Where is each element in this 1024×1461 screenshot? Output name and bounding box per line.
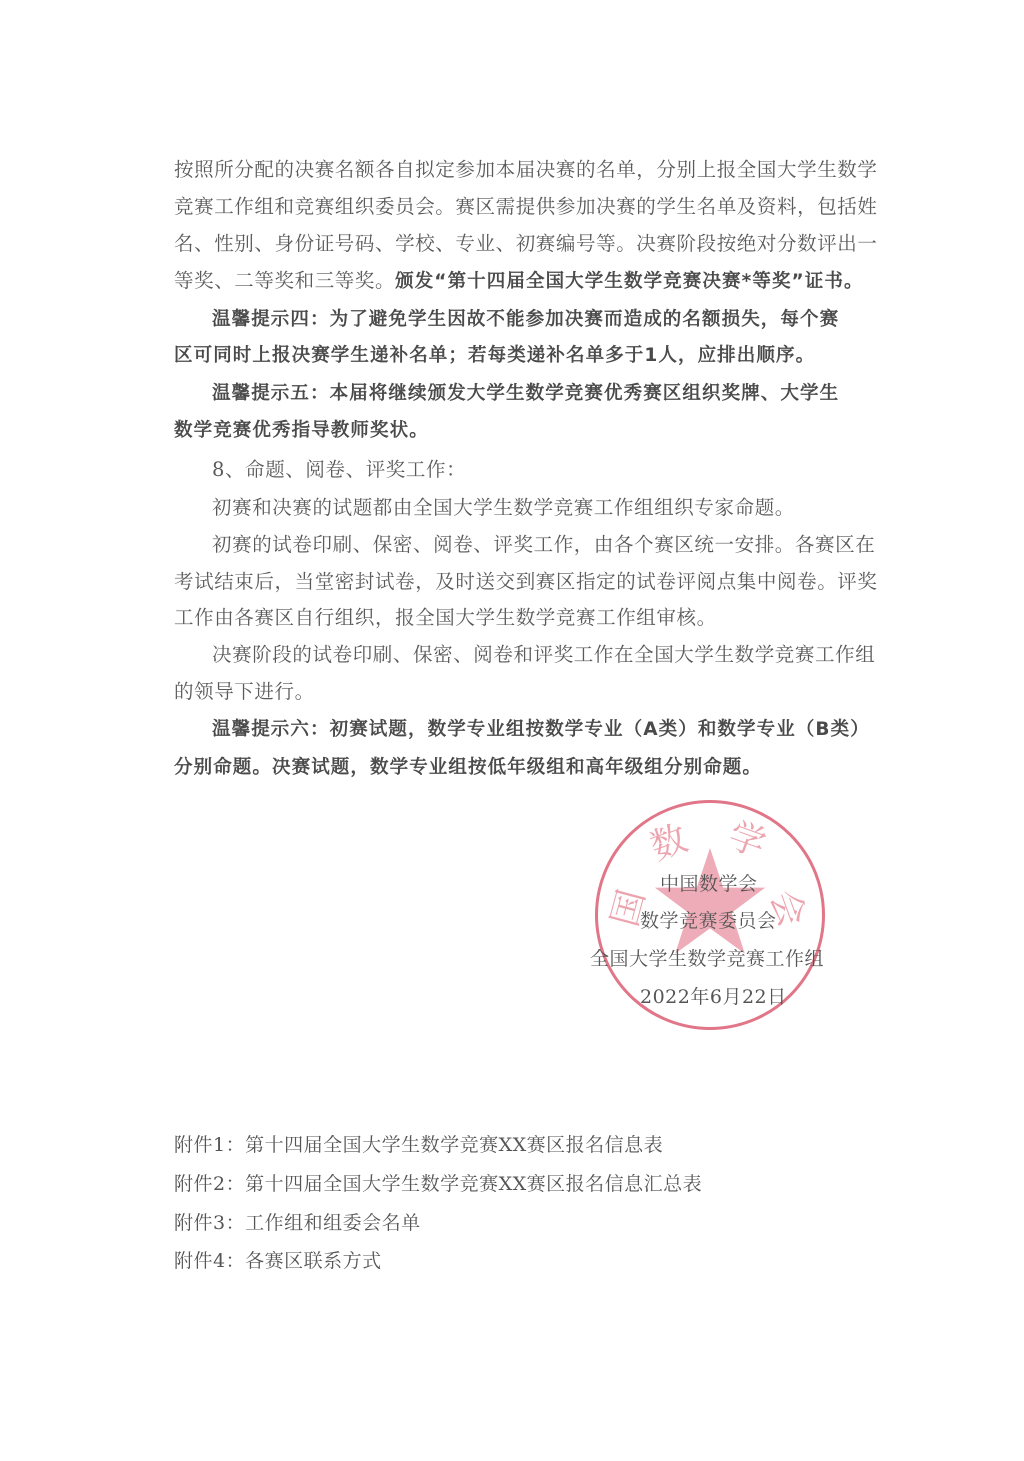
tip6-line: 温馨提示六：初赛试题，数学专业组按数学专业（A类）和数学专业（B类）	[212, 718, 870, 742]
signature-date: 2022年6月22日	[640, 982, 787, 1009]
tip4-line: 区可同时上报决赛学生递补名单；若每类递补名单多于1人，应排出顺序。	[174, 344, 815, 368]
tip6-line: 分别命题。决赛试题，数学专业组按低年级组和高年级组分别命题。	[174, 756, 762, 780]
tip5-line: 温馨提示五：本届将继续颁发大学生数学竞赛优秀赛区组织奖牌、大学生	[212, 382, 839, 406]
certificate-note: 颁发“第十四届全国大学生数学竞赛决赛*等奖”证书。	[395, 271, 864, 292]
signature-org-3: 全国大学生数学竞赛工作组	[590, 944, 824, 971]
attachment-item: 附件1：第十四届全国大学生数学竞赛XX赛区报名信息表	[174, 1130, 663, 1157]
section-8-paragraph: 工作由各赛区自行组织，报全国大学生数学竞赛工作组审核。	[174, 606, 717, 630]
attachment-item: 附件4：各赛区联系方式	[174, 1246, 382, 1273]
signature-org-1: 中国数学会	[660, 869, 758, 896]
section-8-paragraph: 决赛阶段的试卷印刷、保密、阅卷和评奖工作在全国大学生数学竞赛工作组	[212, 643, 875, 667]
paragraph-line: 名、性别、身份证号码、学校、专业、初赛编号等。决赛阶段按绝对分数评出一	[174, 232, 878, 256]
paragraph-line: 竞赛工作组和竞赛组织委员会。赛区需提供参加决赛的学生名单及资料，包括姓	[174, 195, 878, 219]
tip4-line: 温馨提示四：为了避免学生因故不能参加决赛而造成的名额损失，每个赛	[212, 308, 839, 332]
section-8-paragraph: 初赛的试卷印刷、保密、阅卷、评奖工作，由各个赛区统一安排。各赛区在	[212, 533, 875, 557]
signature-org-2: 数学竞赛委员会	[640, 906, 777, 933]
paragraph-line: 按照所分配的决赛名额各自拟定参加本届决赛的名单，分别上报全国大学生数学	[174, 158, 878, 182]
tip5-line: 数学竞赛优秀指导教师奖状。	[174, 419, 429, 443]
paragraph-line: 等奖、二等奖和三等奖。颁发“第十四届全国大学生数学竞赛决赛*等奖”证书。	[174, 269, 864, 294]
section-8-paragraph: 考试结束后，当堂密封试卷，及时送交到赛区指定的试卷评阅点集中阅卷。评奖	[174, 570, 878, 594]
section-8-title: 8、命题、阅卷、评奖工作：	[212, 458, 466, 482]
section-8-paragraph: 的领导下进行。	[174, 680, 315, 704]
attachment-item: 附件3：工作组和组委会名单	[174, 1208, 421, 1235]
paragraph-text: 等奖、二等奖和三等奖。	[174, 269, 395, 292]
section-8-paragraph: 初赛和决赛的试题都由全国大学生数学竞赛工作组组织专家命题。	[212, 496, 795, 520]
attachment-item: 附件2：第十四届全国大学生数学竞赛XX赛区报名信息汇总表	[174, 1169, 702, 1196]
